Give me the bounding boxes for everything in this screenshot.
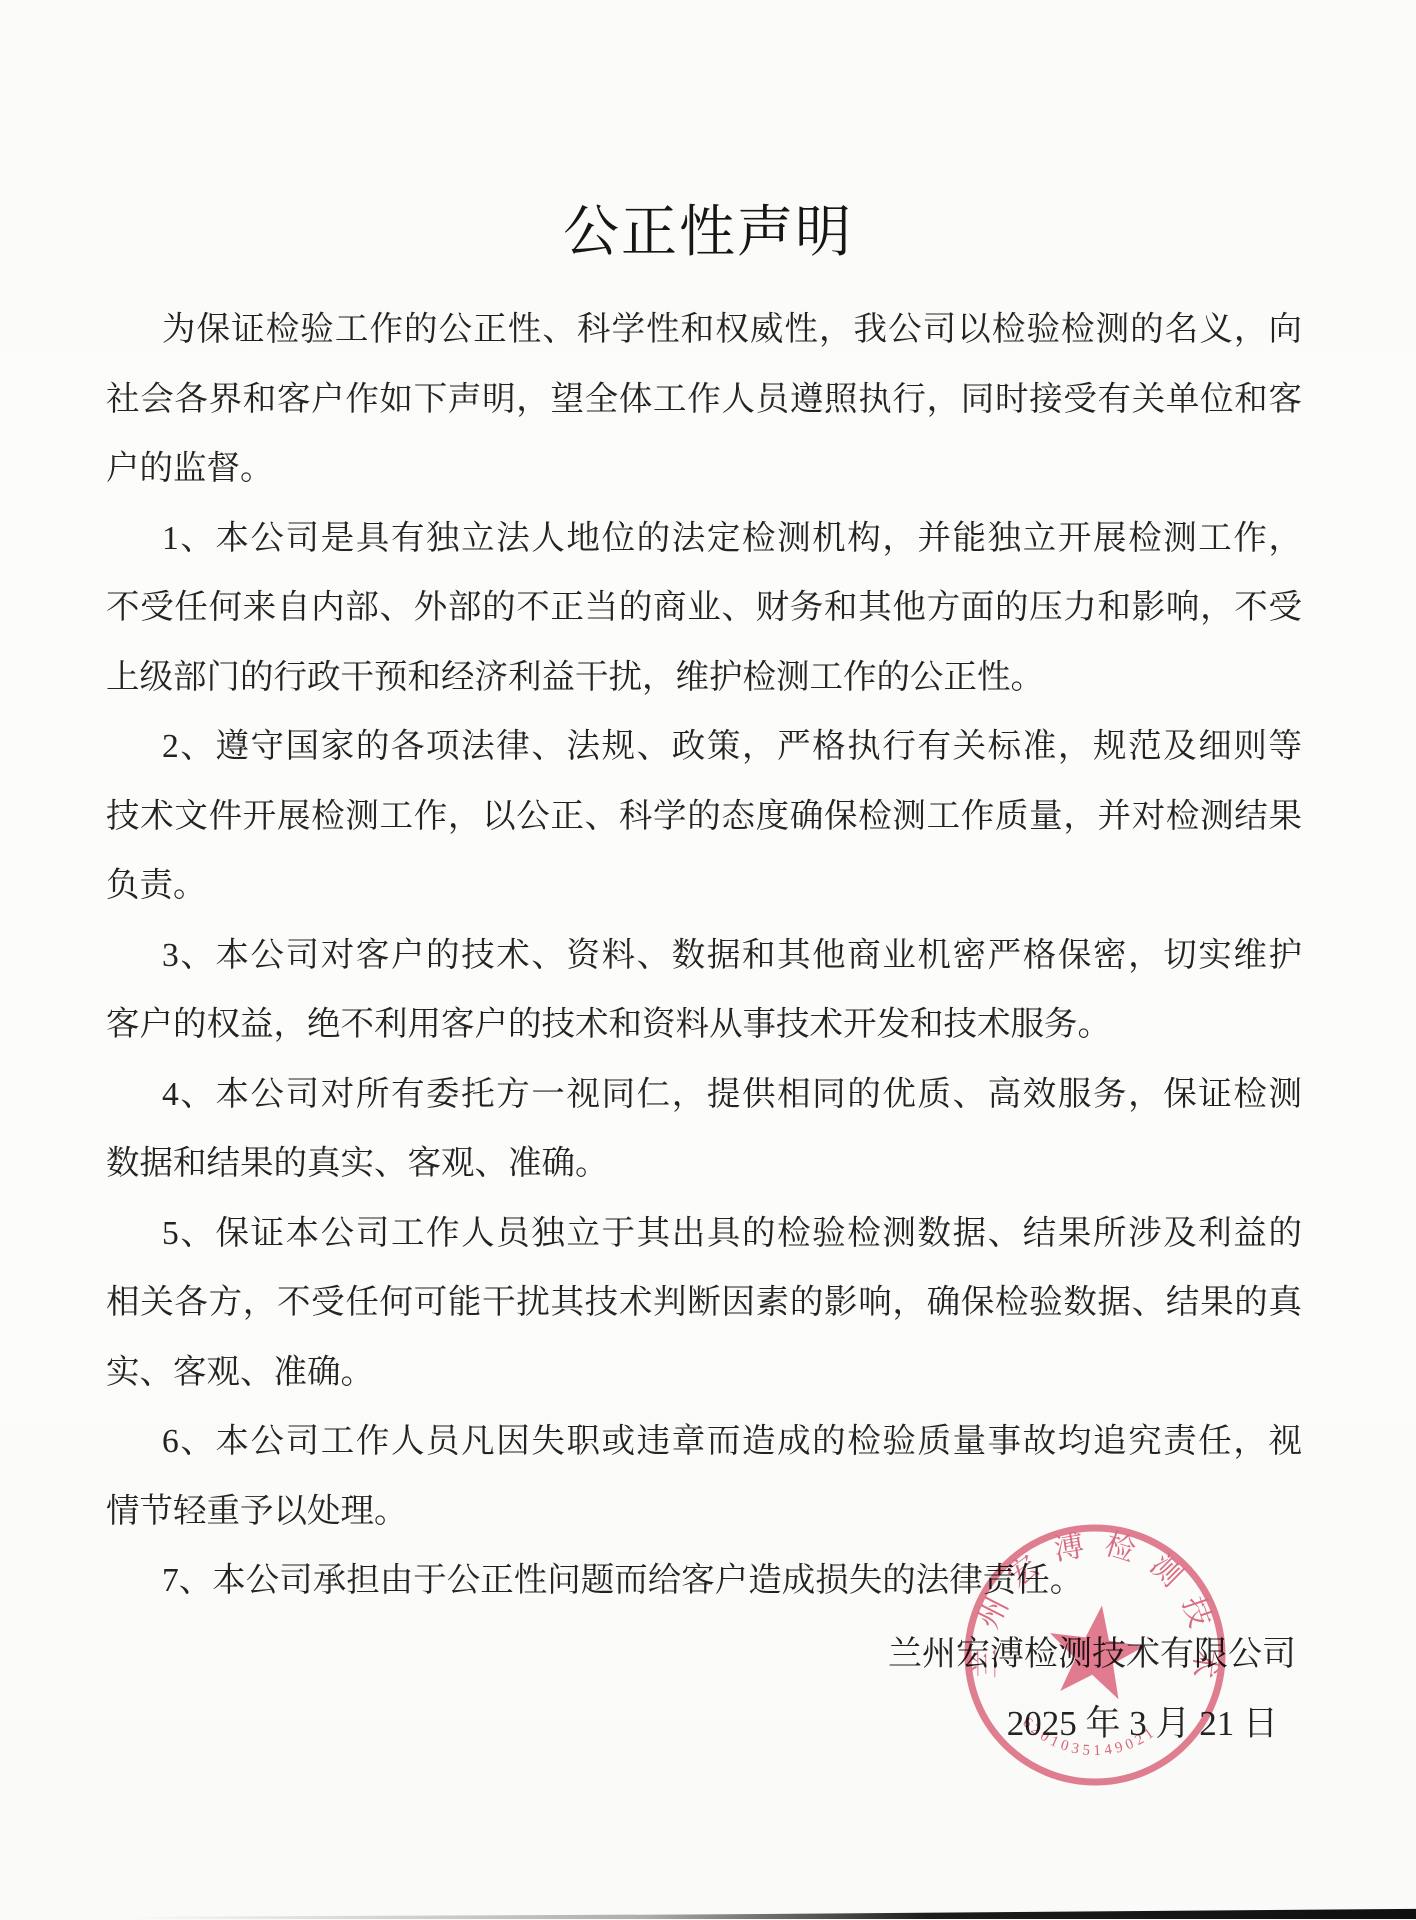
document-page: 公正性声明 为保证检验工作的公正性、科学性和权威性，我公司以检验检测的名义，向 … <box>0 0 1416 1920</box>
body-line: 相关各方，不受任何可能干扰其技术判断因素的影响，确保检验数据、结果的真 <box>106 1268 1302 1338</box>
body-line: 1、本公司是具有独立法人地位的法定检测机构，并能独立开展检测工作， <box>106 504 1302 574</box>
body-line: 5、保证本公司工作人员独立于其出具的检验检测数据、结果所涉及利益的 <box>106 1199 1302 1269</box>
body-line: 户的监督。 <box>106 434 1302 504</box>
body-line: 技术文件开展检测工作，以公正、科学的态度确保检测工作质量，并对检测结果 <box>106 782 1302 852</box>
body-line: 2、遵守国家的各项法律、法规、政策，严格执行有关标准，规范及细则等 <box>106 712 1302 782</box>
body-line: 不受任何来自内部、外部的不正当的商业、财务和其他方面的压力和影响，不受 <box>106 573 1302 643</box>
body-line: 数据和结果的真实、客观、准确。 <box>106 1129 1302 1199</box>
body-line: 4、本公司对所有委托方一视同仁，提供相同的优质、高效服务，保证检测 <box>106 1060 1302 1130</box>
scan-edge-artifact <box>130 1908 1416 1919</box>
document-title: 公正性声明 <box>0 196 1416 272</box>
body-line: 负责。 <box>106 851 1302 921</box>
body-line: 社会各界和客户作如下声明，望全体工作人员遵照执行，同时接受有关单位和客 <box>106 365 1302 435</box>
body-line: 实、客观、准确。 <box>106 1338 1302 1408</box>
body-line: 客户的权益，绝不利用客户的技术和资料从事技术开发和技术服务。 <box>106 990 1302 1060</box>
body-line: 上级部门的行政干预和经济利益干扰，维护检测工作的公正性。 <box>106 643 1302 713</box>
seal-star-icon <box>1042 1599 1149 1702</box>
seal-code-text: 6201035149021 <box>1019 1715 1160 1759</box>
body-line: 3、本公司对客户的技术、资料、数据和其他商业机密严格保密，切实维护 <box>106 921 1302 991</box>
company-seal-stamp: 兰州宏溥检测技术有限公司 6201035149021 <box>945 1505 1245 1805</box>
body-line: 为保证检验工作的公正性、科学性和权威性，我公司以检验检测的名义，向 <box>106 295 1302 365</box>
body-line: 6、本公司工作人员凡因失职或违章而造成的检验质量事故均追究责任，视 <box>106 1407 1302 1477</box>
